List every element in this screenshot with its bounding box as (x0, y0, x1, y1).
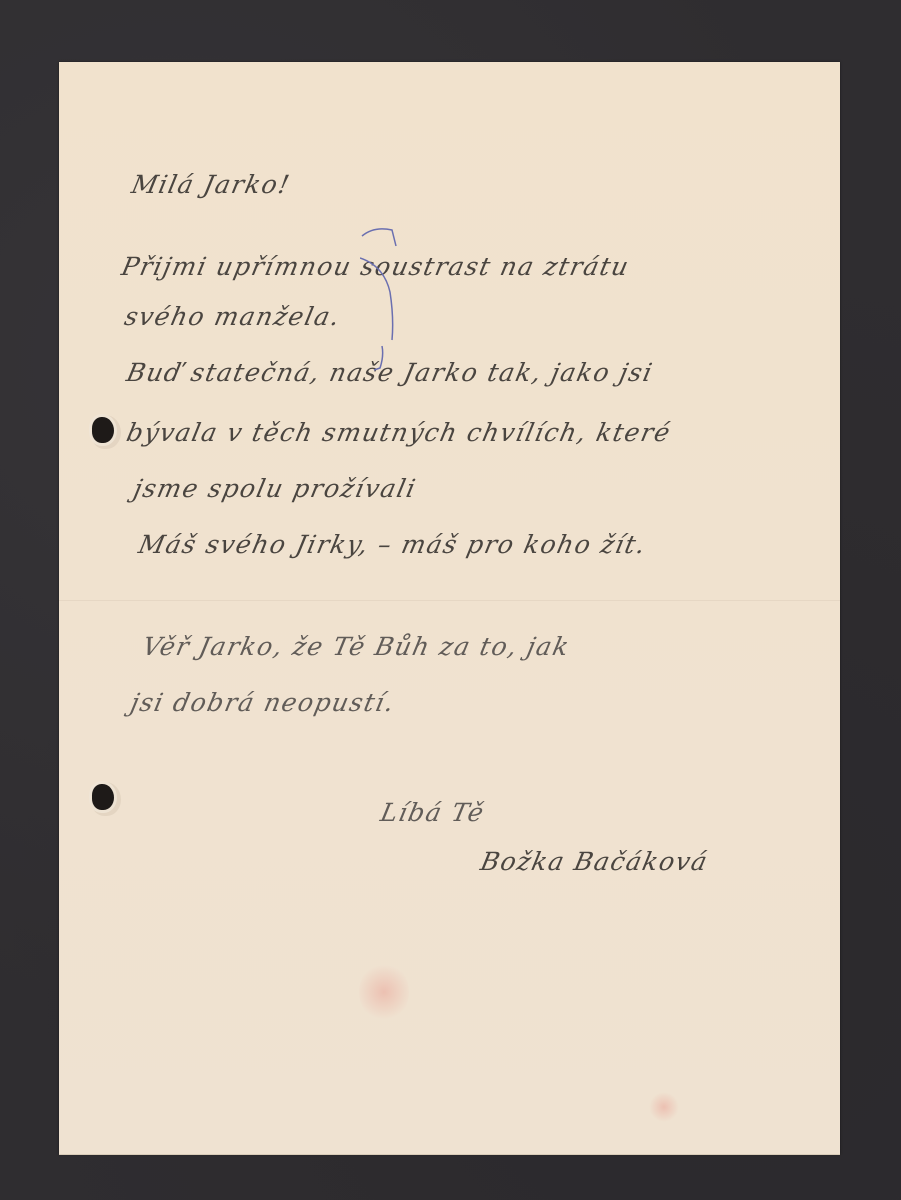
salutation: Milá Jarko! (129, 170, 293, 199)
punch-hole-upper (92, 417, 114, 443)
letter-line-4: bývala v těch smutných chvílích, které (124, 418, 674, 447)
fold-line (59, 600, 840, 601)
letter-paper: Milá Jarko! Přijmi upřímnou soustrast na… (59, 62, 840, 1154)
letter-line-3: Buď statečná, naše Jarko tak, jako jsi (124, 358, 656, 387)
letter-line-6: Máš svého Jirky, – máš pro koho žít. (136, 530, 649, 559)
red-stain-mark-small (649, 1092, 679, 1122)
letter-line-5: jsme spolu prožívali (131, 474, 419, 503)
signature: Božka Bačáková (478, 847, 711, 876)
letter-line-1: Přijmi upřímnou soustrast na ztrátu (119, 252, 633, 281)
closing: Líbá Tě (378, 798, 488, 827)
punch-hole-lower (92, 784, 114, 810)
red-stain-mark (359, 962, 409, 1022)
letter-line-7: Věř Jarko, že Tě Bůh za to, jak (140, 632, 573, 661)
letter-line-8: jsi dobrá neopustí. (128, 688, 398, 717)
letter-line-2: svého manžela. (122, 302, 344, 331)
